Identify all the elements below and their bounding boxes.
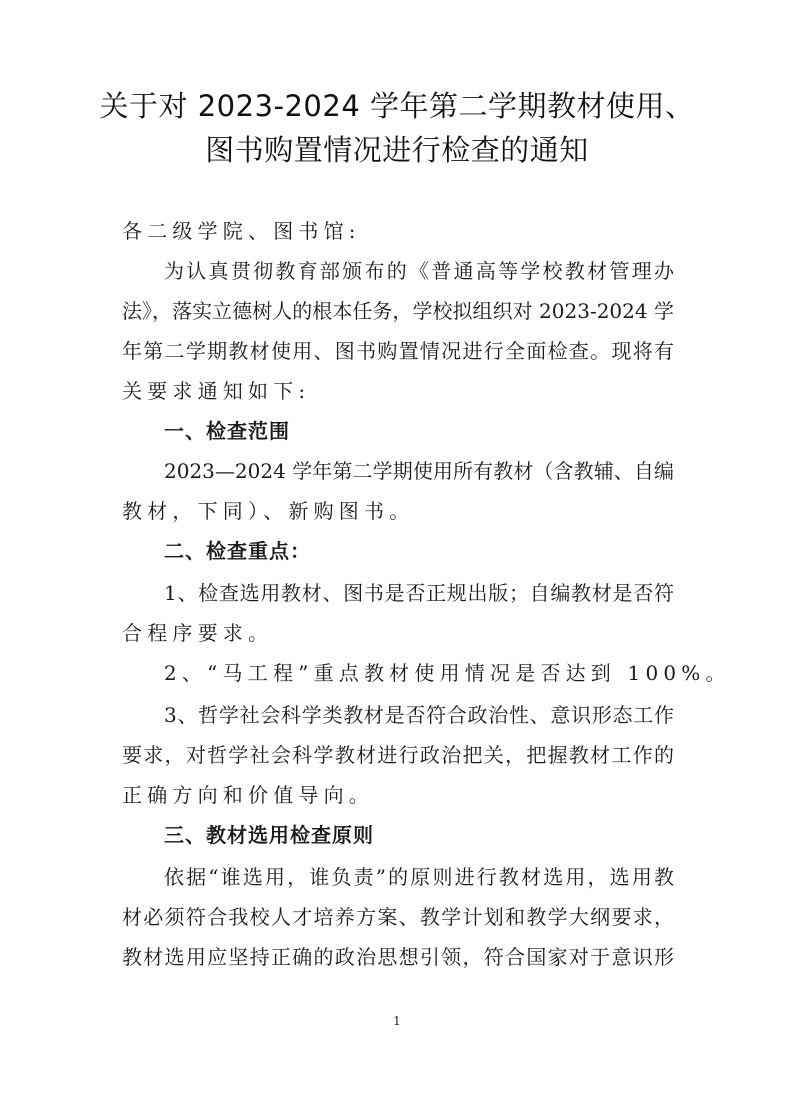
section-2-item-3-line-1: 3、哲学社会科学类教材是否符合政治性、意识形态工作 [164, 702, 674, 728]
intro-line-4: 关要求通知如下: [122, 378, 674, 404]
intro-line-2: 法》，落实立德树人的根本任务，学校拟组织对 2023-2024 学 [122, 298, 674, 324]
document-title-line-2: 图书购置情况进行检查的通知 [0, 128, 794, 169]
section-2-item-3-line-2: 要求，对哲学社会科学教材进行政治把关，把握教材工作的 [122, 742, 674, 768]
salutation: 各二级学院、图书馆: [122, 218, 674, 244]
section-3-line-2: 材必须符合我校人才培养方案、教学计划和教学大纲要求， [122, 904, 674, 930]
section-2-heading: 二、检查重点： [164, 538, 674, 564]
intro-line-3: 年第二学期教材使用、图书购置情况进行全面检查。现将有 [122, 338, 674, 364]
section-1-line-1: 2023—2024 学年第二学期使用所有教材（含教辅、自编 [164, 458, 674, 484]
section-3-line-1: 依据“谁选用，谁负责”的原则进行教材选用，选用教 [164, 864, 674, 890]
section-2-item-1-line-2: 合程序要求。 [122, 620, 674, 646]
document-page: 关于对 2023-2024 学年第二学期教材使用、 图书购置情况进行检查的通知 … [0, 0, 794, 1108]
section-2-item-2: 2、“马工程”重点教材使用情况是否达到 100%。 [164, 660, 674, 686]
section-3-line-3: 教材选用应坚持正确的政治思想引领，符合国家对于意识形 [122, 944, 674, 970]
section-1-line-2: 教材，下同）、新购图书。 [122, 498, 674, 524]
section-3-heading: 三、教材选用检查原则 [164, 822, 674, 848]
section-2-item-3-line-3: 正确方向和价值导向。 [122, 782, 674, 808]
section-1-heading: 一、检查范围 [164, 418, 674, 444]
intro-line-1: 为认真贯彻教育部颁布的《普通高等学校教材管理办 [164, 258, 674, 284]
section-2-item-1-line-1: 1、检查选用教材、图书是否正规出版；自编教材是否符 [164, 580, 674, 606]
page-number: 1 [0, 1014, 794, 1028]
document-title-line-1: 关于对 2023-2024 学年第二学期教材使用、 [0, 84, 794, 125]
